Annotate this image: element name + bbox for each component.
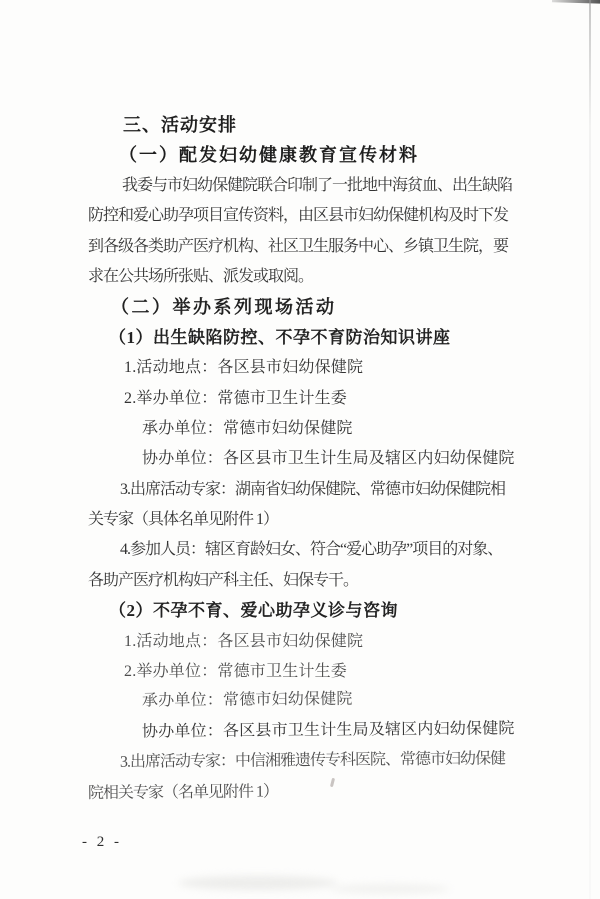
- heading-subsection-one: （一）配发妇幼健康教育宣传材料: [88, 140, 516, 170]
- item-activity-location-2: 1.活动地点：各区县市妇幼保健院: [88, 627, 516, 657]
- paragraph-line: 求在公共场所张贴、派发或取阅。: [88, 262, 516, 292]
- item-organizer-1: 2.举办单位：常德市卫生计生委: [88, 384, 516, 414]
- item-undertaker-2: 承办单位：常德市妇幼保健院: [88, 684, 516, 718]
- item-co-organizer-1: 协办单位：各区县市卫生计生局及辖区内妇幼保健院: [88, 444, 516, 474]
- item-experts-1-continued: 关专家（具体名单见附件 1）: [88, 505, 516, 535]
- item-co-organizer-2: 协办单位：各区县市卫生计生局及辖区内妇幼保健院: [88, 714, 516, 748]
- item-participants-1: 4.参加人员：辖区育龄妇女、符合“爱心助孕”项目的对象、: [88, 535, 516, 565]
- paragraph-line: 到各级各类助产医疗机构、社区卫生服务中心、乡镇卫生院，要: [88, 232, 516, 262]
- item-experts-2-continued: 院相关专家（名单见附件 1）: [88, 775, 516, 809]
- item-experts-2: 3.出席活动专家：中信湘雅遗传专科医院、常德市妇幼保健: [88, 744, 516, 778]
- item-activity-location-1: 1.活动地点：各区县市妇幼保健院: [88, 353, 516, 383]
- scan-edge-line: [589, 0, 591, 899]
- page-number: - 2 -: [82, 834, 122, 851]
- document-body: 三、活动安排 （一）配发妇幼健康教育宣传材料 我委与市妇幼保健院联合印制了一批地…: [88, 110, 516, 809]
- heading-activity-1: （1）出生缺陷防控、不孕不育防治知识讲座: [88, 323, 516, 353]
- paragraph-line: 我委与市妇幼保健院联合印制了一批地中海贫血、出生缺陷: [88, 171, 516, 201]
- scan-smudge: [178, 876, 338, 890]
- item-participants-1-continued: 各助产医疗机构妇产科主任、妇保专干。: [88, 566, 516, 596]
- scan-corner-artifact: [552, 0, 600, 4]
- paragraph-line: 防控和爱心助孕项目宣传资料，由区县市妇幼保健机构及时下发: [88, 201, 516, 231]
- item-experts-1: 3.出席活动专家：湖南省妇幼保健院、常德市妇幼保健院相: [88, 475, 516, 505]
- item-undertaker-1: 承办单位：常德市妇幼保健院: [88, 414, 516, 444]
- scanned-document-page: 三、活动安排 （一）配发妇幼健康教育宣传材料 我委与市妇幼保健院联合印制了一批地…: [0, 0, 600, 899]
- heading-section-three: 三、活动安排: [88, 110, 516, 140]
- scan-smudge: [330, 884, 450, 894]
- heading-activity-2: （2）不孕不育、爱心助孕义诊与咨询: [88, 596, 516, 626]
- heading-subsection-two: （二）举办系列现场活动: [88, 292, 516, 322]
